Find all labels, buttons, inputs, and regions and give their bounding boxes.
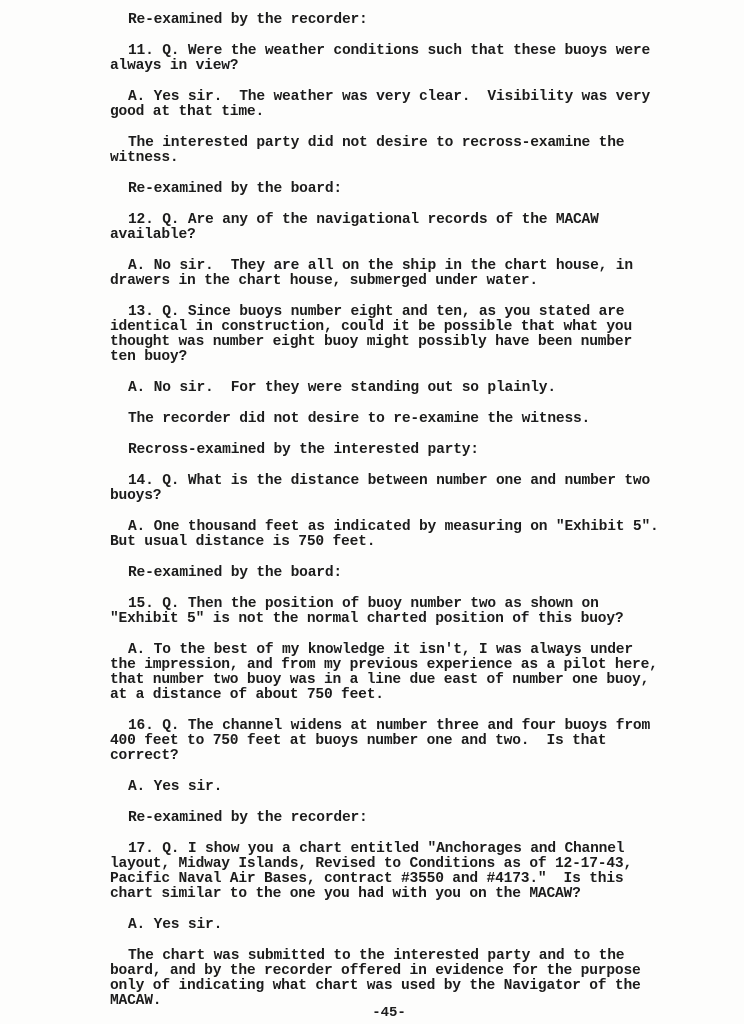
paragraph-question: 17. Q. I show you a chart entitled "Anch… (110, 842, 710, 902)
paragraph-heading: Recross-examined by the interested party… (110, 443, 710, 458)
text-line: buoys? (110, 489, 710, 504)
text-line: correct? (110, 749, 710, 764)
text-line: 14. Q. What is the distance between numb… (110, 474, 710, 489)
text-line: A. To the best of my knowledge it isn't,… (110, 643, 710, 658)
paragraph-answer: A. No sir. They are all on the ship in t… (110, 259, 710, 289)
text-line: ten buoy? (110, 350, 710, 365)
text-line: A. No sir. They are all on the ship in t… (110, 259, 710, 274)
text-line: thought was number eight buoy might poss… (110, 335, 710, 350)
text-line: chart similar to the one you had with yo… (110, 887, 710, 902)
text-line: A. One thousand feet as indicated by mea… (110, 520, 710, 535)
text-line: always in view? (110, 59, 710, 74)
text-line: Recross-examined by the interested party… (110, 443, 710, 458)
text-line: board, and by the recorder offered in ev… (110, 964, 710, 979)
paragraph-question: 16. Q. The channel widens at number thre… (110, 719, 710, 764)
text-line: witness. (110, 151, 710, 166)
paragraph-answer: A. One thousand feet as indicated by mea… (110, 520, 710, 550)
paragraph-heading: Re-examined by the recorder: (110, 13, 710, 28)
paragraph-answer: A. Yes sir. (110, 918, 710, 933)
text-line: The chart was submitted to the intereste… (110, 949, 710, 964)
text-line: A. No sir. For they were standing out so… (110, 381, 710, 396)
paragraph-question: 11. Q. Were the weather conditions such … (110, 44, 710, 74)
text-line: only of indicating what chart was used b… (110, 979, 710, 994)
text-line: 16. Q. The channel widens at number thre… (110, 719, 710, 734)
text-line: The interested party did not desire to r… (110, 136, 710, 151)
paragraph-question: 13. Q. Since buoys number eight and ten,… (110, 305, 710, 365)
paragraph-note: The interested party did not desire to r… (110, 136, 710, 166)
text-line: Pacific Naval Air Bases, contract #3550 … (110, 872, 710, 887)
text-line: Re-examined by the recorder: (110, 13, 710, 28)
transcript-body: Re-examined by the recorder:11. Q. Were … (110, 13, 710, 1024)
text-line: 11. Q. Were the weather conditions such … (110, 44, 710, 59)
text-line: A. Yes sir. (110, 780, 710, 795)
text-line: 12. Q. Are any of the navigational recor… (110, 213, 710, 228)
paragraph-answer: A. To the best of my knowledge it isn't,… (110, 643, 710, 703)
page-number: -45- (17, 1005, 744, 1021)
document-page: Re-examined by the recorder:11. Q. Were … (0, 0, 744, 1024)
text-line: identical in construction, could it be p… (110, 320, 710, 335)
paragraph-heading: Re-examined by the recorder: (110, 811, 710, 826)
text-line: available? (110, 228, 710, 243)
paragraph-question: 15. Q. Then the position of buoy number … (110, 597, 710, 627)
paragraph-note: The chart was submitted to the intereste… (110, 949, 710, 1009)
paragraph-answer: A. Yes sir. The weather was very clear. … (110, 90, 710, 120)
paragraph-heading: Re-examined by the board: (110, 566, 710, 581)
text-line: 400 feet to 750 feet at buoys number one… (110, 734, 710, 749)
text-line: the impression, and from my previous exp… (110, 658, 710, 673)
text-line: that number two buoy was in a line due e… (110, 673, 710, 688)
text-line: 15. Q. Then the position of buoy number … (110, 597, 710, 612)
paragraph-question: 12. Q. Are any of the navigational recor… (110, 213, 710, 243)
text-line: layout, Midway Islands, Revised to Condi… (110, 857, 710, 872)
text-line: good at that time. (110, 105, 710, 120)
paragraph-answer: A. No sir. For they were standing out so… (110, 381, 710, 396)
text-line: Re-examined by the recorder: (110, 811, 710, 826)
paragraph-question: 14. Q. What is the distance between numb… (110, 474, 710, 504)
text-line: A. Yes sir. (110, 918, 710, 933)
paragraph-heading: Re-examined by the board: (110, 182, 710, 197)
text-line: at a distance of about 750 feet. (110, 688, 710, 703)
paragraph-answer: A. Yes sir. (110, 780, 710, 795)
text-line: But usual distance is 750 feet. (110, 535, 710, 550)
text-line: A. Yes sir. The weather was very clear. … (110, 90, 710, 105)
paragraph-note: The recorder did not desire to re-examin… (110, 412, 710, 427)
text-line: Re-examined by the board: (110, 182, 710, 197)
text-line: "Exhibit 5" is not the normal charted po… (110, 612, 710, 627)
text-line: 13. Q. Since buoys number eight and ten,… (110, 305, 710, 320)
text-line: 17. Q. I show you a chart entitled "Anch… (110, 842, 710, 857)
text-line: The recorder did not desire to re-examin… (110, 412, 710, 427)
text-line: Re-examined by the board: (110, 566, 710, 581)
text-line: drawers in the chart house, submerged un… (110, 274, 710, 289)
